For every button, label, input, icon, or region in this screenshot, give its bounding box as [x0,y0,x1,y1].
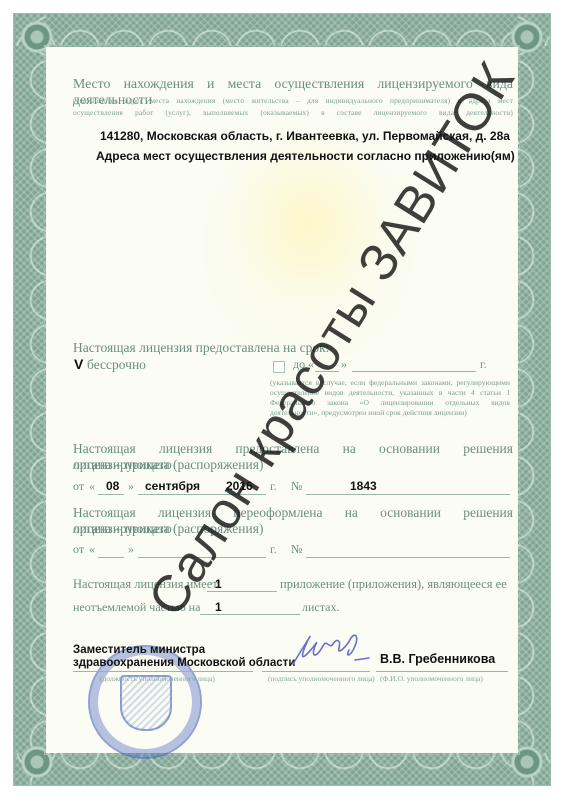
name-line [376,671,508,672]
signatory-position-line1: Заместитель министра [73,644,205,656]
signature-icon [285,624,375,674]
location-hint-line2: осуществления работ (услуг), выполняемых… [73,108,513,117]
signature-caption: (подпись уполномоченного лица) [268,674,375,683]
reissue-quote-close: » [128,542,134,557]
border-pattern-top [14,16,550,46]
appendix-line2-prefix: неотъемлемой частью на [73,600,200,615]
until-quote-close: » [341,357,347,372]
location-hint-line1: (указываются адрес места нахождения (мес… [73,96,513,105]
grant-number-line [306,494,510,495]
grant-year-suffix: г. [270,479,277,494]
reissue-number-label: № [291,542,302,557]
coat-of-arms-icon [120,675,172,731]
grant-day: 08 [106,479,119,493]
grant-day-line [98,494,124,495]
indefinite-label: бессрочно [87,357,146,373]
until-quote-open: « [308,357,314,372]
grant-quote-open: « [89,479,95,494]
until-month-year-field[interactable] [352,371,476,372]
sheet-count-line [200,614,300,615]
reissue-month-year-field[interactable] [138,557,266,558]
until-day-field[interactable] [315,371,339,372]
appendix-count: 1 [215,577,222,591]
grant-from-label: от [73,479,84,494]
grant-month: сентября [145,479,200,493]
appendix-line1-suffix: приложение (приложения), являющееся ее [280,577,507,592]
until-label: до [293,357,305,372]
border-pattern-left [16,14,46,785]
grant-decision-line2: органа – приказа (распоряжения) [73,457,263,473]
term-note: (указывается в случае, если федеральными… [270,378,510,418]
name-caption: (Ф.И.О. уполномоченного лица) [380,674,483,683]
reissue-decision-line2: органа – приказа (распоряжения) [73,521,263,537]
grant-number-label: № [291,479,302,494]
grant-quote-close: » [128,479,134,494]
grant-month-year-line [138,494,266,495]
until-year-suffix: г. [480,357,487,372]
reissue-quote-open: « [89,542,95,557]
reissue-year-suffix: г. [270,542,277,557]
grant-number: 1843 [350,479,377,493]
appendix-line2-suffix: листах. [302,600,339,615]
signatory-position-line2: здравоохранения Московской области [73,657,295,669]
indefinite-checkmark[interactable]: V [74,356,83,372]
reissue-number-field[interactable] [306,557,510,558]
address-note: Адреса мест осуществления деятельности с… [96,149,515,163]
signature-line [262,671,370,672]
signatory-name: В.В. Гребенникова [380,652,495,666]
position-caption: (должность уполномоченного лица) [100,674,215,683]
license-address: 141280, Московская область, г. Ивантеевк… [100,129,510,143]
reissue-from-label: от [73,542,84,557]
grant-year: 2016 [226,479,253,493]
position-line [73,671,253,672]
sheet-count: 1 [215,600,222,614]
reissue-day-field[interactable] [98,557,124,558]
term-until-checkbox[interactable] [273,361,285,373]
border-pattern-right [518,14,548,785]
appendix-line1-prefix: Настоящая лицензия имеет [73,577,218,592]
term-heading: Настоящая лицензия предоставлена на срок… [73,340,329,356]
appendix-count-line [207,591,277,592]
border-pattern-bottom [14,753,550,783]
